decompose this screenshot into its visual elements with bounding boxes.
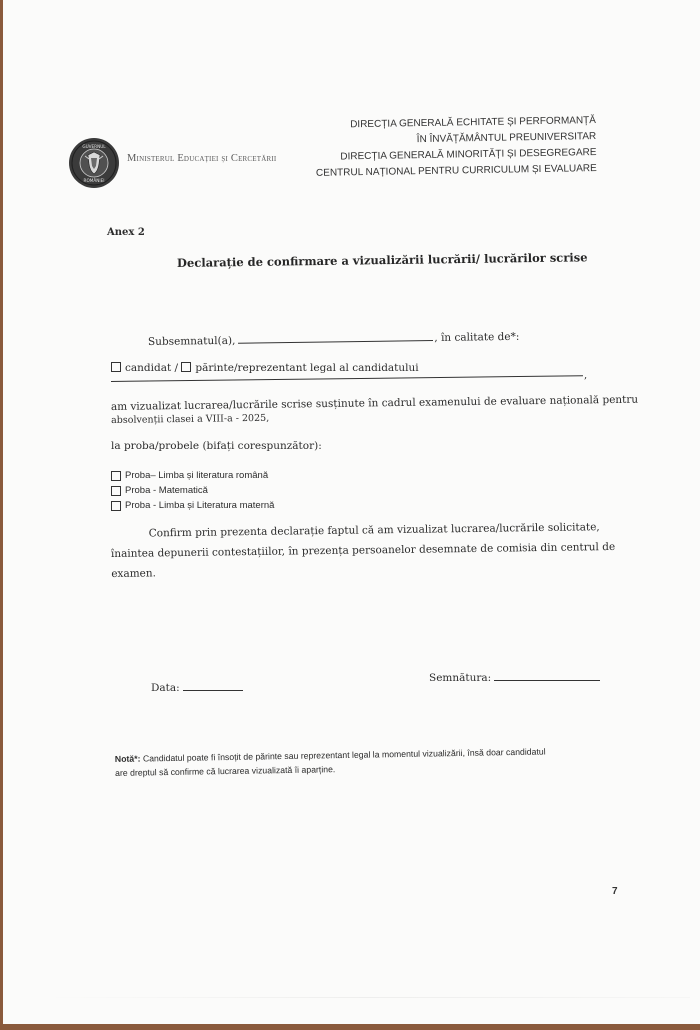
proba-intro: la proba/probele (bifați corespunzător):	[111, 440, 322, 452]
footnote: Notă*: Candidatul poate fi însoțit de pă…	[115, 744, 546, 780]
government-seal-icon: GUVERNUL ROMÂNIEI	[69, 138, 119, 188]
ministry-name: Ministerul Educației și Cercetării	[127, 153, 276, 164]
statement-paragraph: am vizualizat lucrarea/lucrările scrise …	[111, 393, 639, 428]
proba-item-materna: Proba - Limba și Literatura maternă	[111, 498, 274, 513]
page-number: 7	[612, 886, 618, 897]
date-field-group: Data:	[151, 682, 244, 694]
candidat-label: candidat	[125, 362, 171, 374]
name-field[interactable]	[238, 339, 433, 344]
signature-field-group: Semnătura:	[429, 672, 601, 684]
proba-romana-checkbox[interactable]	[111, 471, 121, 481]
role-separator: /	[175, 362, 179, 374]
subsemnatul-label: Subsemnatul(a),	[148, 335, 236, 348]
proba-label: Proba - Matematică	[125, 483, 208, 498]
signature-label: Semnătura:	[429, 672, 491, 684]
date-label: Data:	[151, 682, 180, 694]
svg-text:GUVERNUL: GUVERNUL	[82, 144, 106, 149]
svg-text:ROMÂNIEI: ROMÂNIEI	[84, 178, 105, 183]
confirmation-paragraph: Confirm prin prezenta declarație faptul …	[111, 517, 616, 584]
proba-label: Proba– Limba și literatura română	[125, 468, 268, 483]
role-options: candidat / părinte/reprezentant legal al…	[111, 362, 419, 374]
proba-label: Proba - Limba și Literatura maternă	[125, 498, 274, 513]
calitate-label: , în calitate de*:	[434, 331, 519, 344]
candidat-checkbox[interactable]	[111, 362, 121, 372]
directorates-header: DIRECȚIA GENERALĂ ECHITATE ȘI PERFORMANȚ…	[315, 113, 597, 182]
subsemnatul-line: Subsemnatul(a), , în calitate de*:	[148, 331, 519, 348]
proba-matematica-checkbox[interactable]	[111, 486, 121, 496]
role-trailing-comma: ,	[584, 370, 587, 381]
proba-item-romana: Proba– Limba și literatura română	[111, 468, 274, 483]
signature-field[interactable]	[494, 679, 600, 681]
proba-item-matematica: Proba - Matematică	[111, 483, 274, 498]
document-title: Declarație de confirmare a vizualizării …	[177, 250, 588, 270]
document-page: GUVERNUL ROMÂNIEI Ministerul Educației ș…	[3, 0, 700, 1024]
role-blank-line[interactable]	[111, 375, 583, 382]
date-field[interactable]	[183, 689, 243, 691]
footnote-label: Notă*:	[115, 754, 141, 764]
parinte-label: părinte/reprezentant legal al candidatul…	[195, 362, 418, 374]
parinte-checkbox[interactable]	[181, 362, 191, 372]
annex-label: Anex 2	[107, 227, 145, 238]
proba-list: Proba– Limba și literatura română Proba …	[111, 468, 274, 513]
proba-materna-checkbox[interactable]	[111, 501, 121, 511]
